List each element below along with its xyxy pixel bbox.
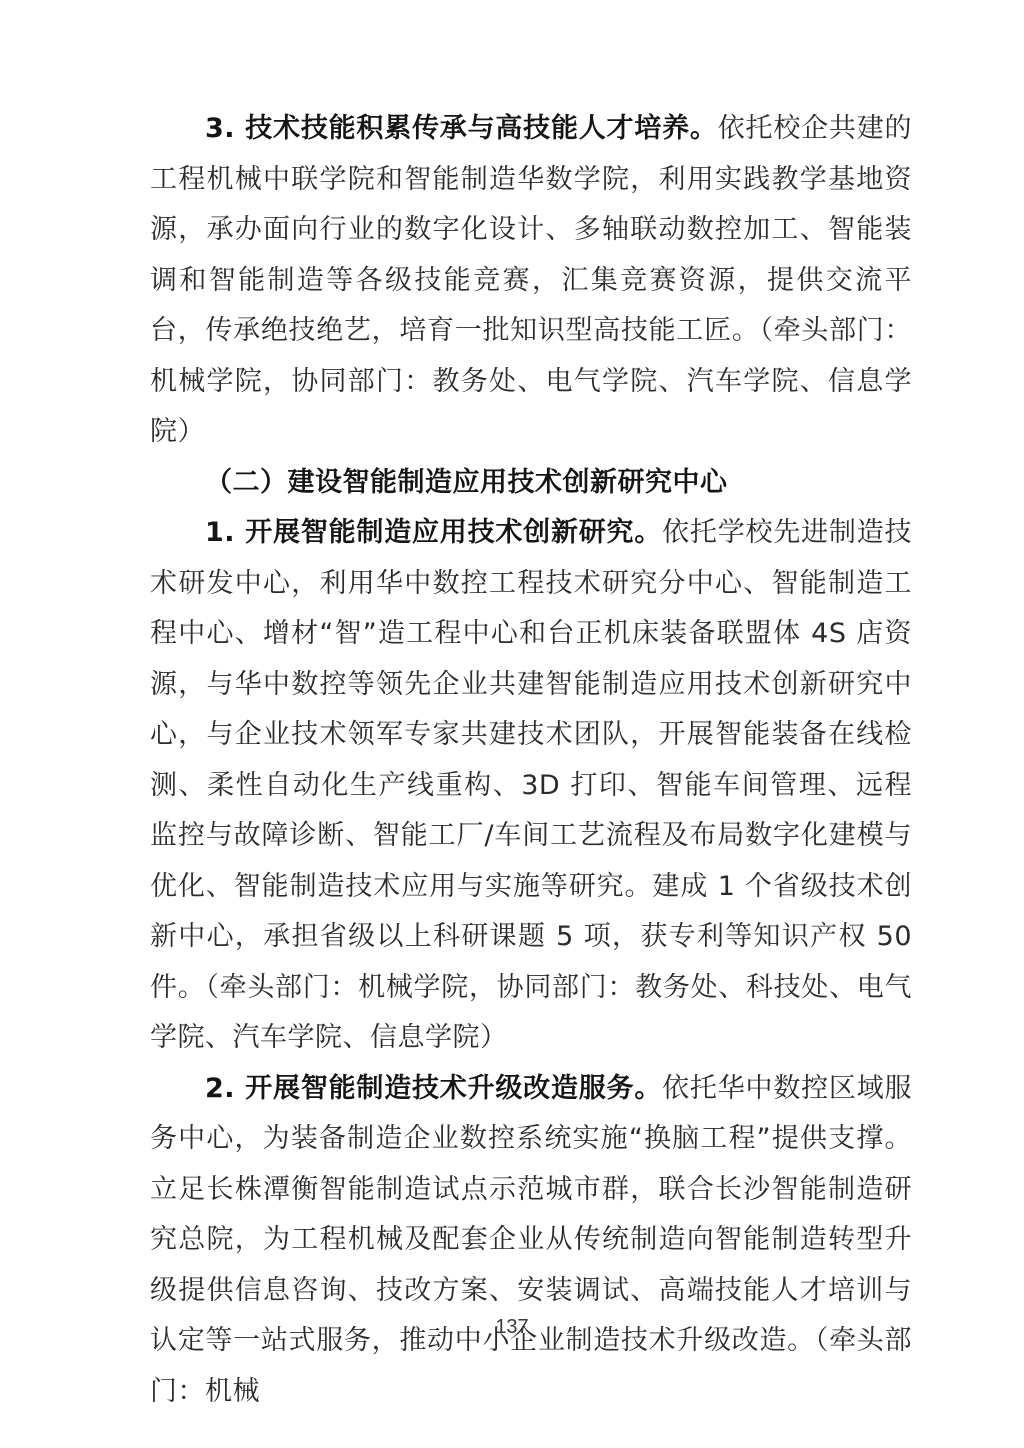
paragraph-lead: 2. 开展智能制造技术升级改造服务。 bbox=[205, 1073, 662, 1104]
document-page: 3. 技术技能积累传承与高技能人才培养。依托校企共建的工程机械中联学院和智能制造… bbox=[0, 0, 1024, 1448]
paragraph-lead: 1. 开展智能制造应用技术创新研究。 bbox=[205, 517, 662, 548]
page-number: 137 bbox=[495, 1316, 528, 1338]
paragraph-upgrade-service: 2. 开展智能制造技术升级改造服务。依托华中数控区域服务中心，为装备制造企业数控… bbox=[150, 1064, 912, 1418]
paragraph-body: 依托华中数控区域服务中心，为装备制造企业数控系统实施“换脑工程”提供支撑。立足长… bbox=[150, 1073, 912, 1407]
paragraph-innovation-research: 1. 开展智能制造应用技术创新研究。依托学校先进制造技术研发中心，利用华中数控工… bbox=[150, 508, 912, 1064]
page-footer: 137 bbox=[0, 1316, 1024, 1339]
paragraph-body: 依托学校先进制造技术研发中心，利用华中数控工程技术研究分中心、智能制造工程中心、… bbox=[150, 517, 912, 1053]
section-heading-innovation-center: （二）建设智能制造应用技术创新研究中心 bbox=[150, 458, 912, 509]
paragraph-skill-inheritance: 3. 技术技能积累传承与高技能人才培养。依托校企共建的工程机械中联学院和智能制造… bbox=[150, 104, 912, 458]
paragraph-body: 依托校企共建的工程机械中联学院和智能制造华数学院，利用实践教学基地资源，承办面向… bbox=[150, 113, 912, 447]
section-heading-text: （二）建设智能制造应用技术创新研究中心 bbox=[205, 467, 728, 498]
paragraph-lead: 3. 技术技能积累传承与高技能人才培养。 bbox=[205, 113, 718, 144]
document-content: 3. 技术技能积累传承与高技能人才培养。依托校企共建的工程机械中联学院和智能制造… bbox=[150, 104, 912, 1417]
